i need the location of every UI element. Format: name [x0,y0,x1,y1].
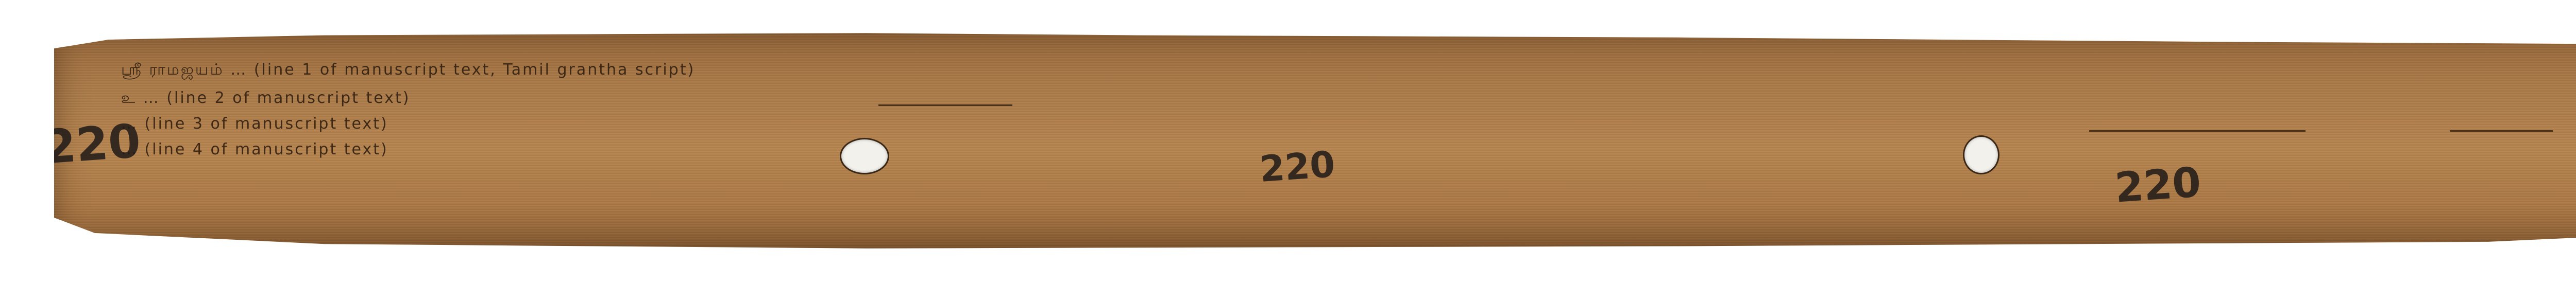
string-hole-left [840,138,889,174]
text-rule [2450,130,2553,132]
handwritten-folio-number: 220 [42,114,143,175]
manuscript-line-2: உ … (line 2 of manuscript text) [121,89,410,109]
manuscript-line-3: … (line 3 of manuscript text) [121,115,388,133]
handwritten-folio-number: 220 [2113,158,2202,211]
text-rule [878,104,1012,106]
manuscript-line-1: ஶ்ரீ ராமஜயம் … (line 1 of manuscript tex… [121,61,695,81]
handwritten-folio-number: 220 [1258,143,1336,190]
string-hole-right [1963,135,1999,174]
manuscript-line-4: … (line 4 of manuscript text) [121,140,388,158]
palm-leaf: ஶ்ரீ ராமஜயம் … (line 1 of manuscript tex… [54,31,2576,251]
text-rule [2089,130,2306,132]
